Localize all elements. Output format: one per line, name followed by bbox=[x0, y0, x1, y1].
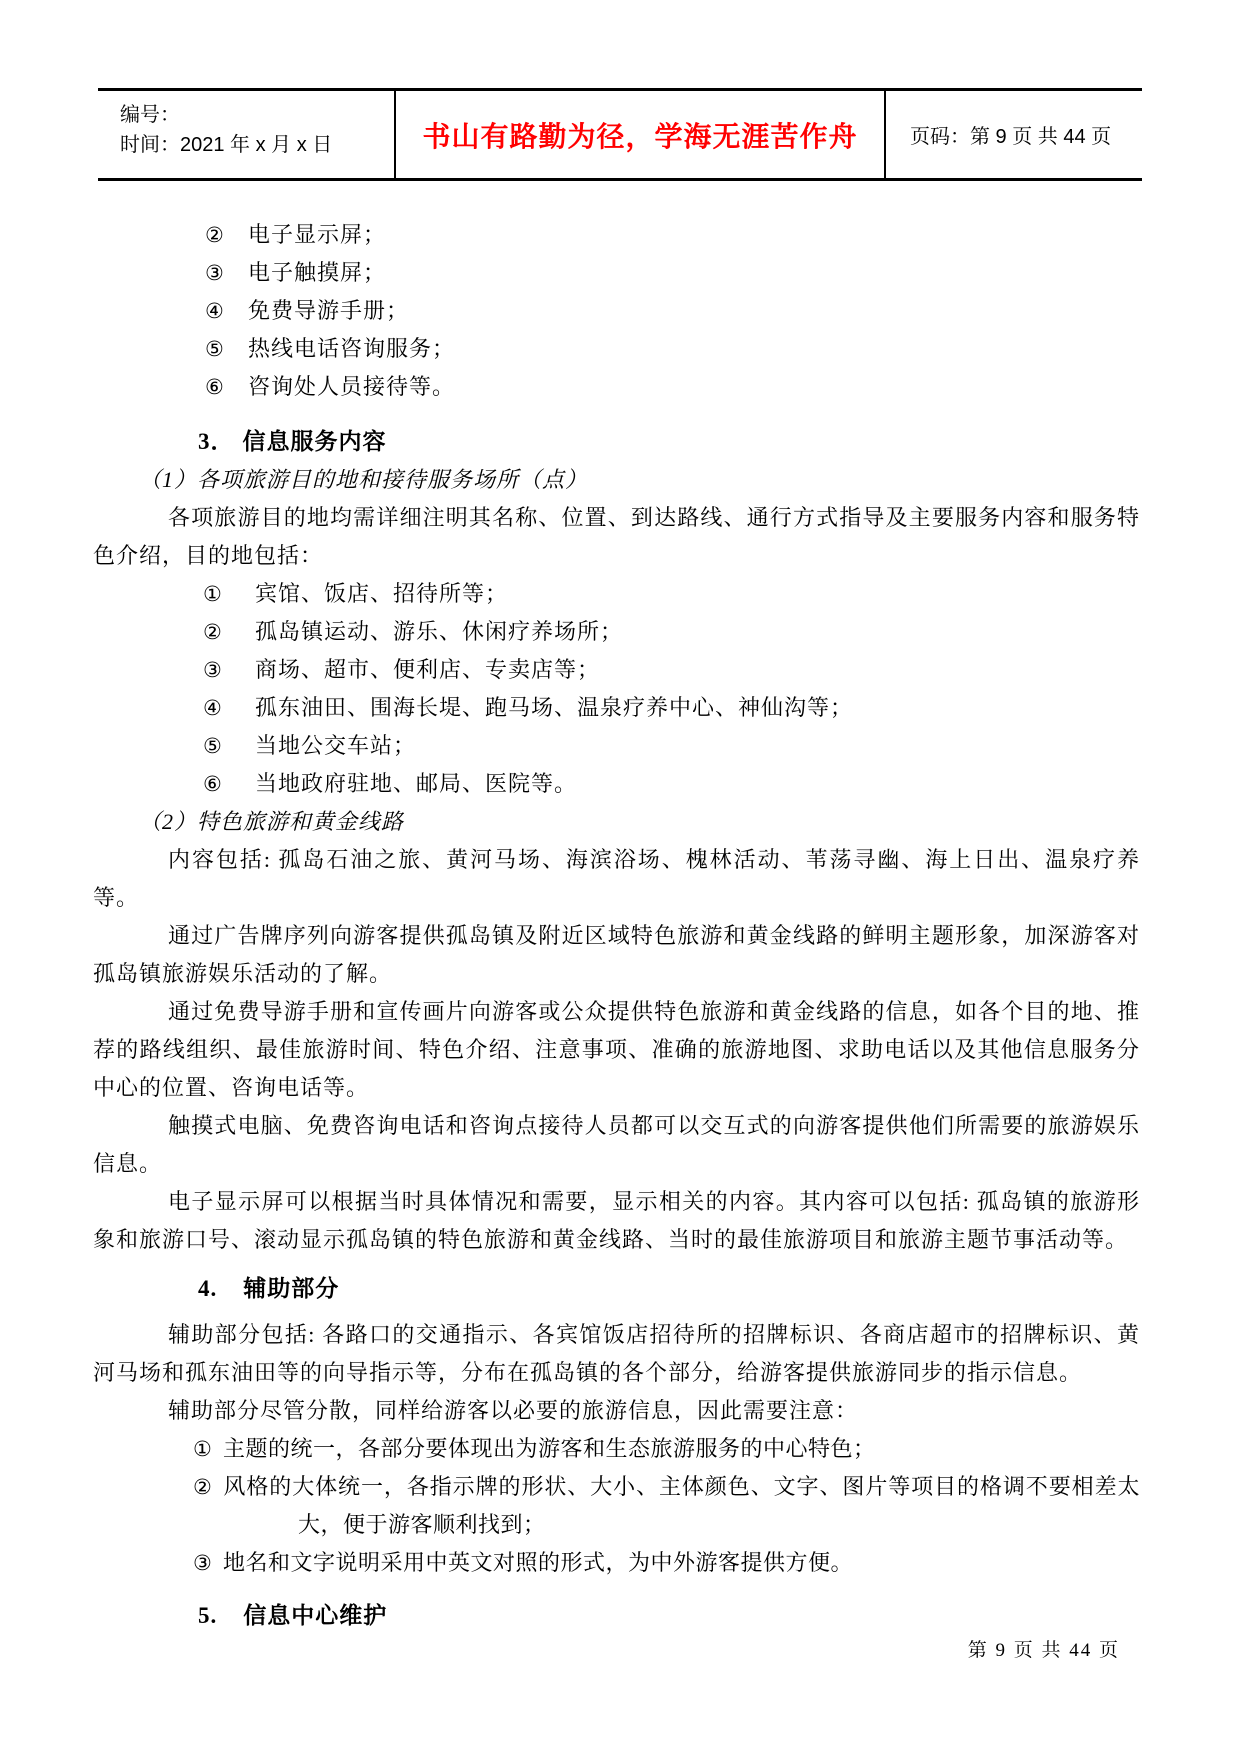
list-item-text: 商场、超市、便利店、专卖店等； bbox=[255, 657, 600, 682]
list-bullet: ③ bbox=[203, 651, 223, 689]
list-item-text: 当地公交车站； bbox=[255, 733, 416, 758]
list-item: ② 电子显示屏； bbox=[93, 216, 1140, 254]
paragraph: 通过免费导游手册和宣传画片向游客或公众提供特色旅游和黄金线路的信息，如各个目的地… bbox=[93, 993, 1140, 1107]
section-title: 辅助部分 bbox=[243, 1275, 339, 1301]
list-item: ①主题的统一，各部分要体现出为游客和生态旅游服务的中心特色； bbox=[93, 1430, 1140, 1468]
list-item-text: 宾馆、饭店、招待所等； bbox=[255, 581, 508, 606]
list-bullet: ⑥ bbox=[205, 368, 225, 406]
section-heading-info-service: 3．信息服务内容 bbox=[93, 422, 1140, 461]
paragraph: 触摸式电脑、免费咨询电话和咨询点接待人员都可以交互式的向游客提供他们所需要的旅游… bbox=[93, 1107, 1140, 1183]
list-bullet: ③ bbox=[193, 1544, 223, 1582]
list-bullet: ② bbox=[203, 613, 223, 651]
list-item-text: 孤岛镇运动、游乐、休闲疗养场所； bbox=[255, 619, 623, 644]
header-motto-cell: 书山有路勤为径，学海无涯苦作舟 bbox=[394, 91, 886, 178]
list-item-text: 电子显示屏； bbox=[248, 222, 386, 247]
list-item-text: 热线电话咨询服务； bbox=[248, 336, 455, 361]
list-bullet: ① bbox=[193, 1430, 223, 1468]
header-page-label: 页码：第 9 页 共 44 页 bbox=[910, 120, 1111, 149]
header-pagenum-cell: 页码：第 9 页 共 44 页 bbox=[886, 91, 1142, 178]
list-item-text: 主题的统一，各部分要体现出为游客和生态旅游服务的中心特色； bbox=[223, 1436, 876, 1461]
section-title: 信息中心维护 bbox=[243, 1602, 387, 1628]
paragraph: 辅助部分包括: 各路口的交通指示、各宾馆饭店招待所的招牌标识、各商店超市的招牌标… bbox=[93, 1316, 1140, 1392]
list-bullet: ⑤ bbox=[205, 330, 225, 368]
header-motto-text: 书山有路勤为径，学海无涯苦作舟 bbox=[422, 115, 857, 155]
list-item: ⑥ 当地政府驻地、邮局、医院等。 bbox=[93, 765, 1140, 803]
paragraph: 各项旅游目的地均需详细注明其名称、位置、到达路线、通行方式指导及主要服务内容和服… bbox=[93, 499, 1140, 575]
paragraph: 辅助部分尽管分散，同样给游客以必要的旅游信息，因此需要注意： bbox=[93, 1392, 1140, 1430]
list-item: ⑤ 当地公交车站； bbox=[93, 727, 1140, 765]
list-bullet: ① bbox=[203, 575, 223, 613]
list-item-text: 当地政府驻地、邮局、医院等。 bbox=[255, 771, 577, 796]
list-item: ⑤ 热线电话咨询服务； bbox=[93, 330, 1140, 368]
section-number: 3． bbox=[198, 429, 235, 454]
document-body: ② 电子显示屏； ③ 电子触摸屏； ④ 免费导游手册； ⑤ 热线电话咨询服务； … bbox=[93, 216, 1140, 1635]
list-item: ③ 电子触摸屏； bbox=[93, 254, 1140, 292]
list-item-text: 电子触摸屏； bbox=[248, 260, 386, 285]
header-number-label: 编号： bbox=[120, 100, 394, 130]
header-meta-cell: 编号： 时间：2021 年 x 月 x 日 bbox=[98, 91, 394, 178]
list-item: ④ 孤东油田、围海长堤、跑马场、温泉疗养中心、神仙沟等； bbox=[93, 689, 1140, 727]
paragraph: 内容包括: 孤岛石油之旅、黄河马场、海滨浴场、槐林活动、苇荡寻幽、海上日出、温泉… bbox=[93, 841, 1140, 917]
list-item: ④ 免费导游手册； bbox=[93, 292, 1140, 330]
section-number: 5. bbox=[198, 1603, 217, 1628]
list-bullet: ② bbox=[193, 1468, 223, 1506]
list-item-text: 免费导游手册； bbox=[248, 298, 409, 323]
list-item-text: 风格的大体统一，各指示牌的形状、大小、主体颜色、文字、图片等项目的格调不要相差太… bbox=[223, 1474, 1140, 1537]
subsection-heading-destinations: （1）各项旅游目的地和接待服务场所（点） bbox=[93, 461, 1140, 499]
page-header-table: 编号： 时间：2021 年 x 月 x 日 书山有路勤为径，学海无涯苦作舟 页码… bbox=[98, 88, 1142, 181]
list-item: ②风格的大体统一，各指示牌的形状、大小、主体颜色、文字、图片等项目的格调不要相差… bbox=[93, 1468, 1140, 1544]
subsection-heading-golden-routes: （2）特色旅游和黄金线路 bbox=[93, 803, 1140, 841]
list-item: ③ 商场、超市、便利店、专卖店等； bbox=[93, 651, 1140, 689]
list-item: ⑥ 咨询处人员接待等。 bbox=[93, 368, 1140, 406]
page-number-footer: 第 9 页 共 44 页 bbox=[968, 1635, 1120, 1662]
paragraph: 电子显示屏可以根据当时具体情况和需要，显示相关的内容。其内容可以包括: 孤岛镇的… bbox=[93, 1183, 1140, 1259]
list-item-text: 孤东油田、围海长堤、跑马场、温泉疗养中心、神仙沟等； bbox=[255, 695, 853, 720]
section-number: 4. bbox=[198, 1276, 217, 1301]
paragraph: 通过广告牌序列向游客提供孤岛镇及附近区域特色旅游和黄金线路的鲜明主题形象，加深游… bbox=[93, 917, 1140, 993]
document-page: 编号： 时间：2021 年 x 月 x 日 书山有路勤为径，学海无涯苦作舟 页码… bbox=[0, 0, 1241, 1754]
list-bullet: ⑤ bbox=[203, 727, 223, 765]
list-item: ② 孤岛镇运动、游乐、休闲疗养场所； bbox=[93, 613, 1140, 651]
list-item: ③地名和文字说明采用中英文对照的形式，为中外游客提供方便。 bbox=[93, 1544, 1140, 1582]
list-bullet: ⑥ bbox=[203, 765, 223, 803]
header-date-label: 时间：2021 年 x 月 x 日 bbox=[120, 130, 394, 160]
list-item: ① 宾馆、饭店、招待所等； bbox=[93, 575, 1140, 613]
list-bullet: ④ bbox=[205, 292, 225, 330]
section-title: 信息服务内容 bbox=[243, 428, 387, 454]
list-bullet: ② bbox=[205, 216, 225, 254]
section-heading-maintenance: 5.信息中心维护 bbox=[93, 1596, 1140, 1635]
list-bullet: ③ bbox=[205, 254, 225, 292]
list-item-text: 地名和文字说明采用中英文对照的形式，为中外游客提供方便。 bbox=[223, 1550, 853, 1575]
list-bullet: ④ bbox=[203, 689, 223, 727]
list-item-text: 咨询处人员接待等。 bbox=[248, 374, 455, 399]
section-heading-auxiliary: 4.辅助部分 bbox=[93, 1269, 1140, 1308]
